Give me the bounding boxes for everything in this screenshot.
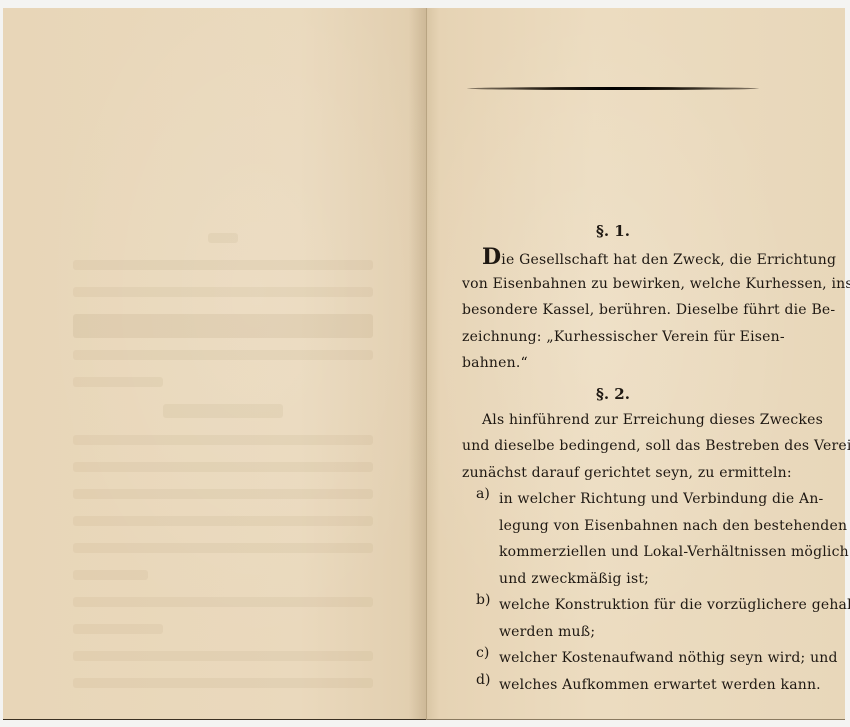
- section-1-line: zeichnung: „Kurhessischer Verein für Eis…: [462, 324, 764, 351]
- list-item-c: c) welcher Kostenaufwand nöthig seyn wir…: [462, 645, 764, 672]
- spine-shadow: [408, 8, 426, 720]
- section-1-line: Die Gesellschaft hat den Zweck, die Erri…: [462, 244, 764, 271]
- book-spread: §. 1. Die Gesellschaft hat den Zweck, di…: [3, 8, 845, 720]
- list-item-line: legung von Eisenbahnen nach den bestehen…: [462, 513, 764, 540]
- section-2-intro-line: zunächst darauf gerichtet seyn, zu ermit…: [462, 460, 764, 487]
- left-page: [3, 8, 426, 720]
- list-item-d: d) welches Aufkommen erwartet werden kan…: [462, 672, 764, 699]
- right-page: §. 1. Die Gesellschaft hat den Zweck, di…: [426, 8, 845, 720]
- section-2-intro-line: Als hinführend zur Erreichung dieses Zwe…: [462, 407, 764, 434]
- list-item-line: welches Aufkommen erwartet werden kann.: [499, 672, 821, 699]
- section-1-line: bahnen.“: [462, 350, 764, 377]
- section-1-line: von Eisenbahnen zu bewirken, welche Kurh…: [462, 271, 764, 298]
- page-text: §. 1. Die Gesellschaft hat den Zweck, di…: [462, 218, 764, 698]
- section-2-heading: §. 2.: [462, 381, 764, 407]
- list-label: c): [462, 645, 499, 672]
- top-rule: [467, 87, 759, 90]
- list-item-b: b) welche Konstruktion für die vorzüglic…: [462, 592, 764, 619]
- list-item-line: welche Konstruktion für die vorzüglicher…: [499, 592, 850, 619]
- section-1-line: besondere Kassel, berühren. Dieselbe füh…: [462, 297, 764, 324]
- list-label: a): [462, 486, 499, 513]
- list-item-line: und zweckmäßig ist;: [462, 566, 764, 593]
- list-item-line: in welcher Richtung und Verbindung die A…: [499, 486, 823, 513]
- drop-cap: D: [482, 244, 501, 270]
- list-item-a: a) in welcher Richtung und Verbindung di…: [462, 486, 764, 513]
- list-item-line: kommerziellen und Lokal-Verhältnissen mö…: [462, 539, 764, 566]
- section-1-line-text: ie Gesellschaft hat den Zweck, die Erric…: [501, 252, 836, 268]
- list-label: b): [462, 592, 499, 619]
- section-2-intro-line: und dieselbe bedingend, soll das Bestreb…: [462, 433, 764, 460]
- list-item-line: welcher Kostenaufwand nöthig seyn wird; …: [499, 645, 838, 672]
- show-through-text: [73, 233, 373, 705]
- show-through-title: [143, 173, 166, 224]
- section-1-heading: §. 1.: [462, 218, 764, 244]
- list-label: d): [462, 672, 499, 699]
- list-item-line: werden muß;: [462, 619, 764, 646]
